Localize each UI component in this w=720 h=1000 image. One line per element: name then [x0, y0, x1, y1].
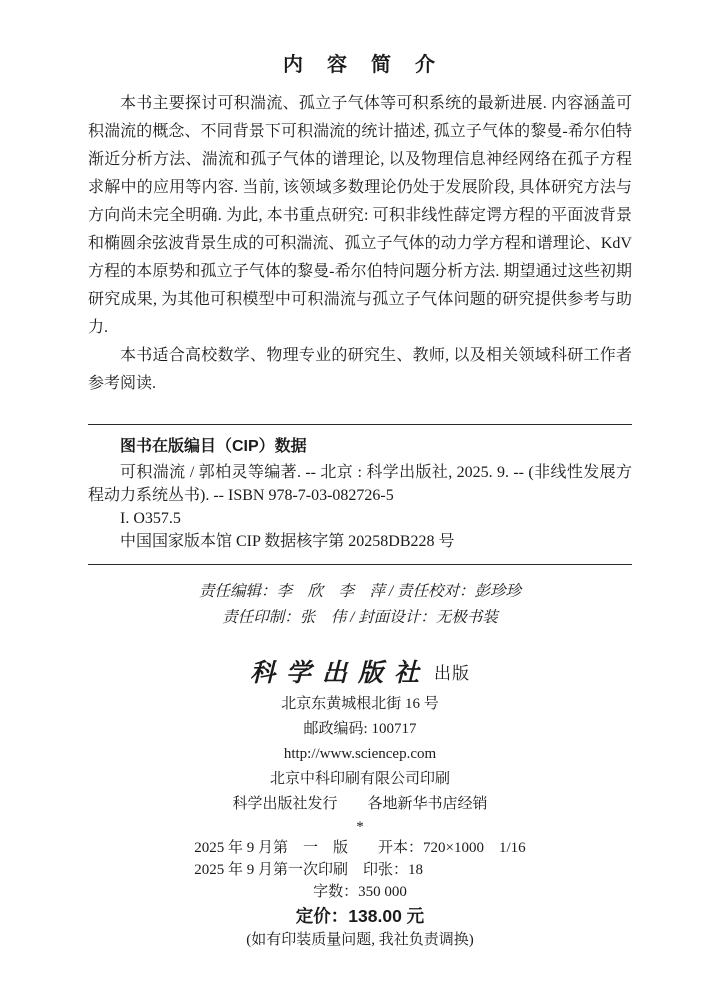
summary-section: 本书主要探讨可积湍流、孤立子气体等可积系统的最新进展. 内容涵盖可积湍流的概念、…: [88, 90, 632, 398]
edition-block: 2025 年 9 月第 一 版 开本：720×1000 1/16 2025 年 …: [88, 837, 632, 951]
cip-classification: I. O357.5: [88, 507, 632, 530]
credits-print-design-line: 责任印制：张 伟 / 封面设计：无极书装: [88, 605, 632, 631]
cip-entry: 可积湍流 / 郭柏灵等编著. -- 北京 : 科学出版社, 2025. 9. -…: [88, 461, 632, 507]
publisher-postcode: 邮政编码: 100717: [88, 717, 632, 742]
publisher-website: http://www.sciencep.com: [88, 742, 632, 767]
credits-block: 责任编辑：李 欣 李 萍 / 责任校对：彭珍珍 责任印制：张 伟 / 封面设计：…: [88, 579, 632, 631]
cip-block: 图书在版编目（CIP）数据 可积湍流 / 郭柏灵等编著. -- 北京 : 科学出…: [88, 425, 632, 564]
imprint-block: 科学出版社出版 北京东黄城根北街 16 号 邮政编码: 100717 http:…: [88, 657, 632, 837]
publisher-line: 科学出版社出版: [88, 657, 632, 692]
publisher-suffix: 出版: [434, 664, 470, 683]
page-title: 内 容 简 介: [88, 50, 632, 80]
copyright-page: 内 容 简 介 本书主要探讨可积湍流、孤立子气体等可积系统的最新进展. 内容涵盖…: [0, 0, 720, 1000]
edition-details: 2025 年 9 月第 一 版 开本：720×1000 1/16 2025 年 …: [194, 837, 525, 881]
edition-line: 2025 年 9 月第 一 版 开本：720×1000 1/16: [194, 837, 525, 859]
credits-editors-line: 责任编辑：李 欣 李 萍 / 责任校对：彭珍珍: [88, 579, 632, 605]
distribution-line: 科学出版社发行 各地新华书店经销: [88, 792, 632, 817]
cip-heading: 图书在版编目（CIP）数据: [88, 433, 632, 461]
word-count: 字数：350 000: [88, 881, 632, 903]
star-divider: *: [88, 817, 632, 837]
publisher-address: 北京东黄城根北街 16 号: [88, 692, 632, 717]
printing-line: 2025 年 9 月第一次印刷 印张：18: [194, 859, 525, 881]
publisher-logotype: 科学出版社: [250, 660, 430, 687]
cip-record-number: 中国国家版本馆 CIP 数据核字第 20258DB228 号: [88, 530, 632, 554]
price: 定价：138.00 元: [88, 903, 632, 929]
summary-paragraph-2: 本书适合高校数学、物理专业的研究生、教师, 以及相关领域科研工作者参考阅读.: [88, 342, 632, 398]
summary-paragraph-1: 本书主要探讨可积湍流、孤立子气体等可积系统的最新进展. 内容涵盖可积湍流的概念、…: [88, 90, 632, 342]
printer-line: 北京中科印刷有限公司印刷: [88, 767, 632, 792]
divider-bottom: [88, 564, 632, 565]
quality-note: (如有印装质量问题, 我社负责调换): [88, 929, 632, 951]
